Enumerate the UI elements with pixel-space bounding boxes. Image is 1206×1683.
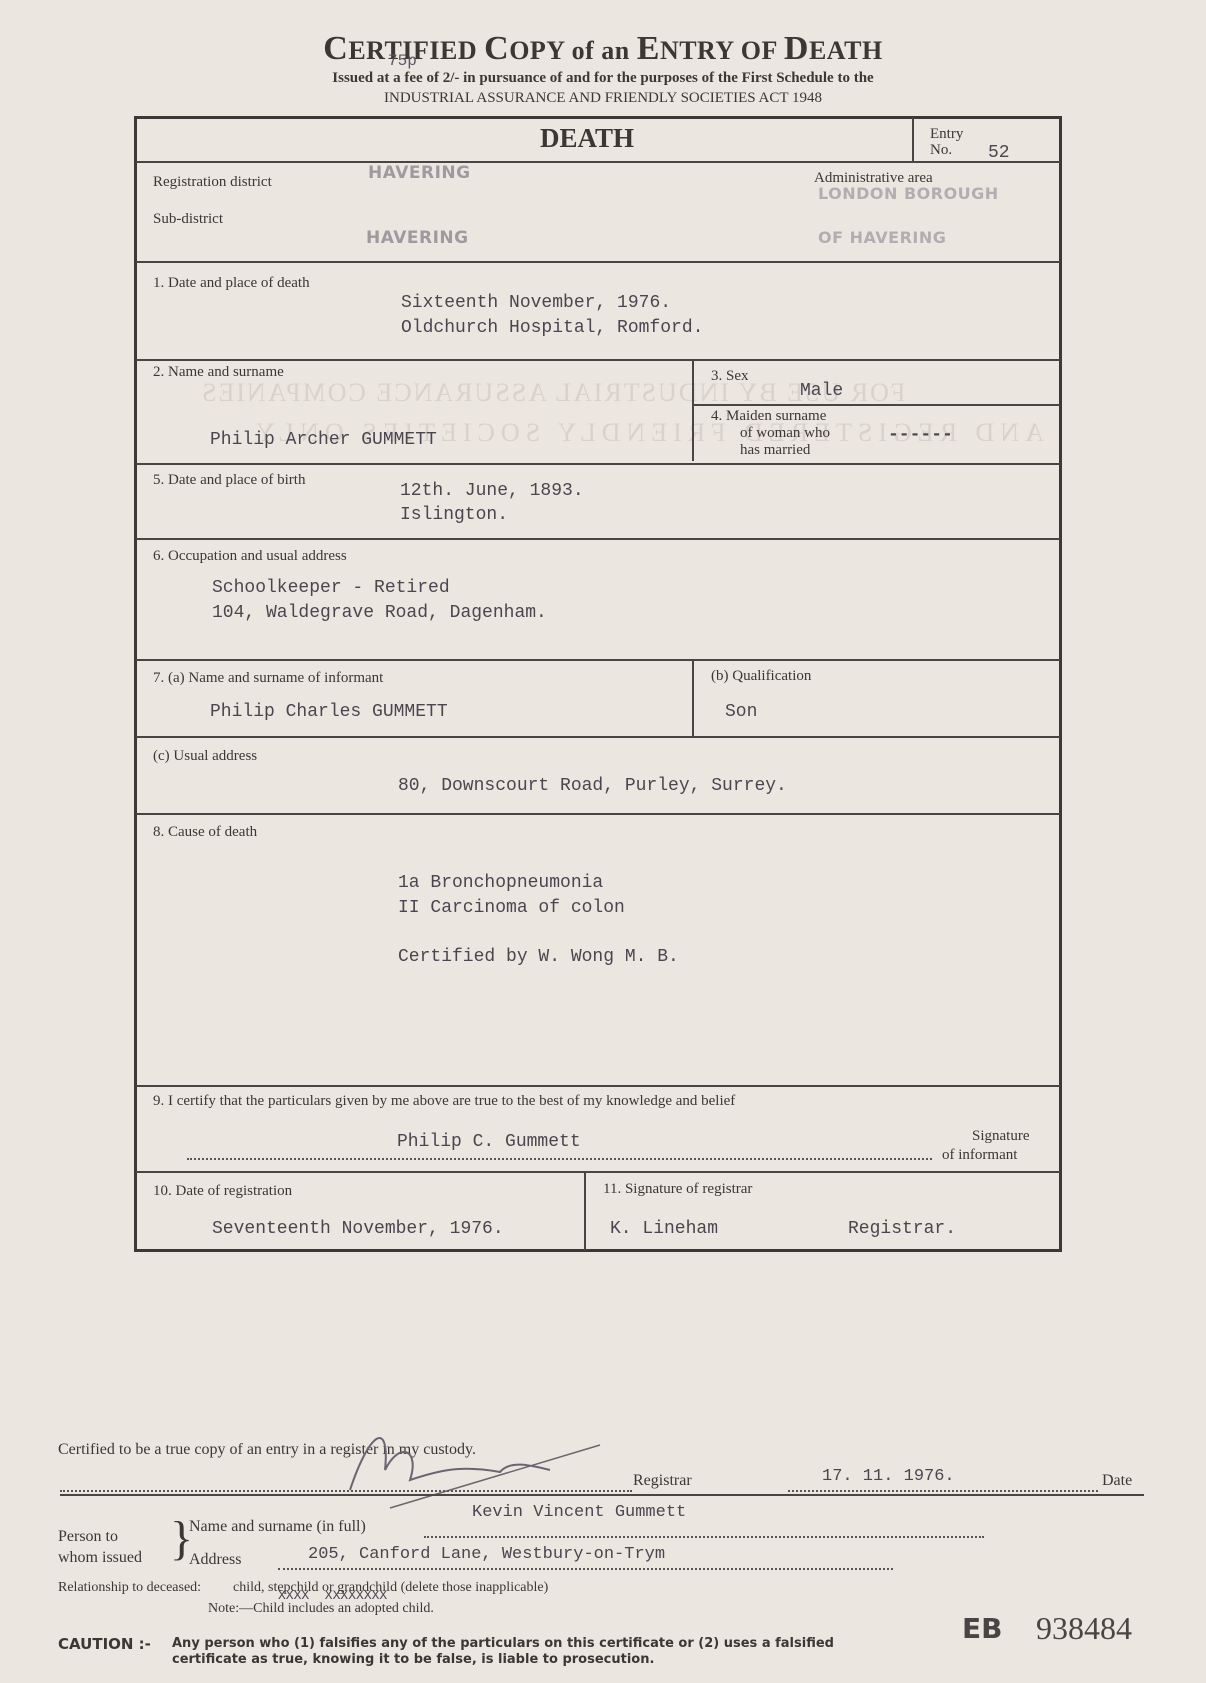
certified-by: Certified by W. Wong M. B. bbox=[398, 947, 679, 967]
caution-label: CAUTION :- bbox=[58, 1635, 151, 1653]
issued-to-name-value: Kevin Vincent Gummett bbox=[472, 1503, 686, 1522]
serial-number: 938484 bbox=[1036, 1610, 1132, 1647]
divider bbox=[136, 659, 1060, 661]
maiden-surname-label-2: of woman who bbox=[740, 425, 830, 442]
date-of-registration-value: Seventeenth November, 1976. bbox=[212, 1219, 504, 1239]
divider bbox=[136, 359, 1060, 361]
title-part: NTRY bbox=[660, 36, 741, 65]
date-line bbox=[788, 1490, 1098, 1492]
qualification-label: (b) Qualification bbox=[711, 668, 811, 685]
divider bbox=[136, 161, 1060, 163]
informant-signature-value: Philip C. Gummett bbox=[397, 1132, 581, 1152]
name-surname-value: Philip Archer GUMMETT bbox=[210, 430, 437, 450]
divider bbox=[136, 813, 1060, 815]
full-name-line bbox=[424, 1536, 984, 1538]
date-label: Date bbox=[1102, 1472, 1132, 1490]
informant-value: Philip Charles GUMMETT bbox=[210, 702, 448, 722]
serial-prefix: EB bbox=[962, 1612, 1002, 1645]
caution-line2: certificate as true, knowing it to be fa… bbox=[172, 1652, 654, 1667]
informant-address-value: 80, Downscourt Road, Purley, Surrey. bbox=[398, 776, 787, 796]
administrative-area-line2: OF HAVERING bbox=[818, 228, 946, 247]
qualification-value: Son bbox=[725, 702, 757, 722]
name-surname-label: 2. Name and surname bbox=[153, 364, 284, 381]
registrar-signature-label: 11. Signature of registrar bbox=[603, 1181, 752, 1198]
entry-no-label: No. bbox=[930, 142, 952, 159]
informant-address-label: (c) Usual address bbox=[153, 748, 257, 765]
sub-district-value: HAVERING bbox=[366, 228, 469, 248]
usual-address-value: 104, Waldegrave Road, Dagenham. bbox=[212, 603, 547, 623]
whom-issued-label: whom issued bbox=[58, 1549, 142, 1567]
title-part: of an bbox=[565, 36, 637, 65]
divider bbox=[136, 261, 1060, 263]
date-place-of-death-label: 1. Date and place of death bbox=[153, 275, 310, 292]
certification-statement: 9. I certify that the particulars given … bbox=[153, 1093, 735, 1110]
caution-line1: Any person who (1) falsifies any of the … bbox=[172, 1636, 834, 1651]
certification-date-value: 17. 11. 1976. bbox=[822, 1467, 955, 1486]
divider bbox=[692, 361, 694, 461]
entry-number: 52 bbox=[988, 143, 1010, 163]
title-letter: C bbox=[484, 30, 509, 67]
date-of-death-value: Sixteenth November, 1976. bbox=[401, 293, 671, 313]
maiden-surname-value: ------ bbox=[888, 425, 953, 445]
title-part: OPY bbox=[509, 36, 564, 65]
informant-label: 7. (a) Name and surname of informant bbox=[153, 670, 383, 687]
signature-line bbox=[187, 1158, 932, 1160]
document-title: CERTIFIED COPY of an ENTRY OF DEATH bbox=[0, 30, 1206, 68]
cause-of-death-line1: 1a Bronchopneumonia bbox=[398, 873, 603, 893]
title-letter: C bbox=[323, 30, 348, 67]
divider bbox=[136, 1171, 1060, 1173]
registrar-label: Registrar bbox=[633, 1472, 692, 1490]
place-of-death-value: Oldchurch Hospital, Romford. bbox=[401, 318, 703, 338]
divider bbox=[912, 118, 914, 162]
title-letter: D bbox=[784, 30, 809, 67]
registration-district-label: Registration district bbox=[153, 174, 272, 191]
divider bbox=[692, 661, 694, 737]
title-part: OF bbox=[741, 36, 784, 65]
maiden-surname-label-3: has married bbox=[740, 442, 810, 459]
maiden-surname-label: 4. Maiden surname bbox=[711, 408, 826, 425]
divider bbox=[136, 736, 1060, 738]
occupation-value: Schoolkeeper - Retired bbox=[212, 578, 450, 598]
divider bbox=[584, 1173, 586, 1250]
date-place-of-birth-label: 5. Date and place of birth bbox=[153, 472, 305, 489]
cause-of-death-line2: II Carcinoma of colon bbox=[398, 898, 625, 918]
entry-label: Entry bbox=[930, 126, 963, 143]
relationship-label: Relationship to deceased: bbox=[58, 1580, 201, 1596]
administrative-area-line1: LONDON BOROUGH bbox=[818, 184, 999, 203]
cause-of-death-label: 8. Cause of death bbox=[153, 824, 257, 841]
issued-to-address-value: 205, Canford Lane, Westbury-on-Trym bbox=[308, 1545, 665, 1564]
date-of-birth-value: 12th. June, 1893. bbox=[400, 481, 584, 501]
title-part: EATH bbox=[809, 36, 883, 65]
registration-district-value: HAVERING bbox=[368, 163, 471, 183]
divider bbox=[136, 1085, 1060, 1087]
occupation-address-label: 6. Occupation and usual address bbox=[153, 548, 347, 565]
divider bbox=[60, 1494, 1144, 1496]
registrar-signature-line bbox=[60, 1490, 632, 1492]
divider bbox=[136, 538, 1060, 540]
sub-district-label: Sub-district bbox=[153, 211, 223, 228]
full-name-label: Name and surname (in full) bbox=[189, 1518, 366, 1536]
fee-line: Issued at a fee of 2/- in pursuance of a… bbox=[0, 70, 1206, 87]
address-line bbox=[278, 1568, 893, 1570]
signature-label: Signature bbox=[972, 1128, 1030, 1145]
date-of-registration-label: 10. Date of registration bbox=[153, 1183, 292, 1200]
fee-overwrite: 75p bbox=[388, 52, 417, 70]
sex-label: 3. Sex bbox=[711, 368, 749, 385]
adopted-child-note: Note:—Child includes an adopted child. bbox=[208, 1601, 434, 1617]
address-label: Address bbox=[189, 1551, 241, 1569]
registrar-title-value: Registrar. bbox=[848, 1219, 956, 1239]
divider bbox=[694, 404, 1060, 406]
form-heading: DEATH bbox=[540, 123, 634, 154]
registrar-name-value: K. Lineham bbox=[610, 1219, 718, 1239]
act-line: INDUSTRIAL ASSURANCE AND FRIENDLY SOCIET… bbox=[0, 90, 1206, 107]
title-letter: E bbox=[637, 30, 660, 67]
person-to-label: Person to bbox=[58, 1528, 118, 1546]
divider bbox=[136, 463, 1060, 465]
place-of-birth-value: Islington. bbox=[400, 505, 508, 525]
of-informant-label: of informant bbox=[942, 1147, 1017, 1164]
sex-value: Male bbox=[800, 381, 843, 401]
